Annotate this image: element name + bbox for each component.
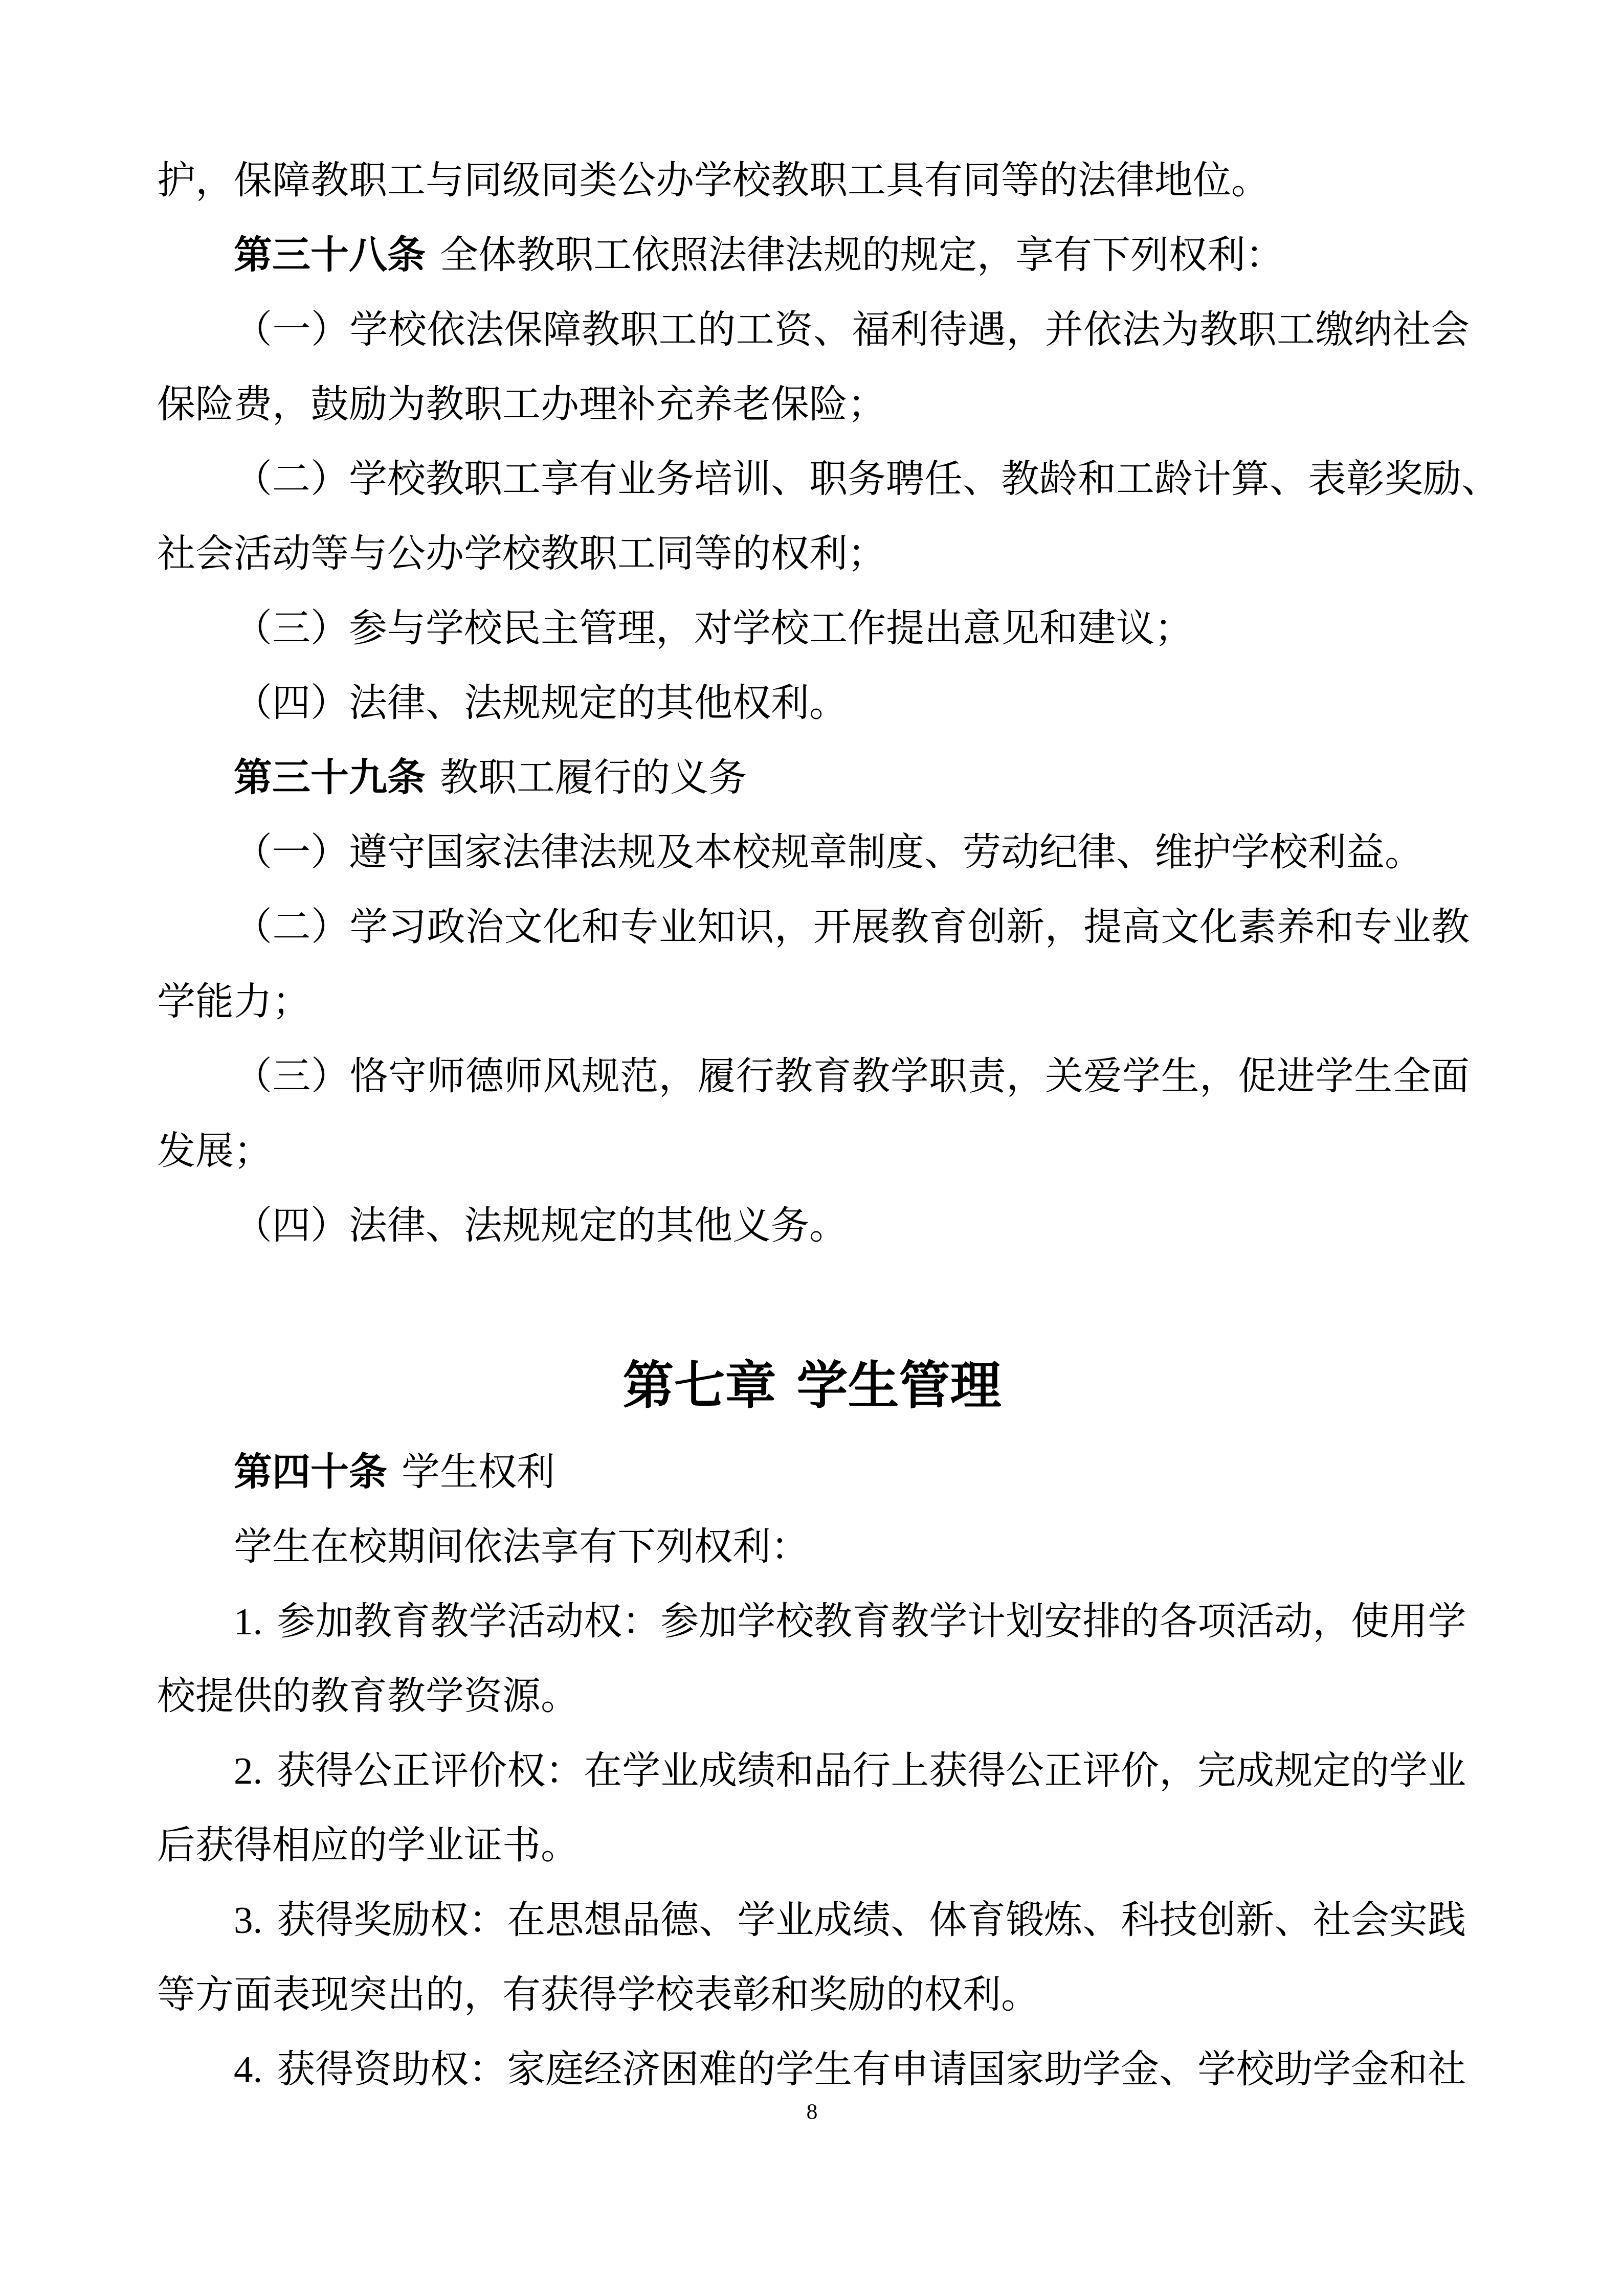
student-right-2-line-1: 2.获得公正评价权：在学业成绩和品行上获得公正评价，完成规定的学业 (157, 1733, 1470, 1808)
article-38-item-1-line-1: （一）学校依法保障教职工的工资、福利待遇，并依法为教职工缴纳社会 (157, 292, 1470, 367)
list-number: 2. (234, 1750, 262, 1792)
student-right-1-line-2: 校提供的教育教学资源。 (157, 1658, 1470, 1733)
article-39-item-2-line-1: （二）学习政治文化和专业知识，开展教育创新，提高文化素养和专业教 (157, 889, 1470, 964)
article-40-heading: 第四十条学生权利 (157, 1434, 1470, 1509)
article-39-heading: 第三十九条教职工履行的义务 (157, 740, 1470, 815)
article-39-item-3-line-2: 发展； (157, 1113, 1470, 1188)
list-number: 1. (234, 1601, 262, 1643)
article-38-item-2-line-1: （二）学校教职工享有业务培训、职务聘任、教龄和工龄计算、表彰奖励、 (157, 441, 1470, 516)
article-39-item-1: （一）遵守国家法律法规及本校规章制度、劳动纪律、维护学校利益。 (157, 815, 1470, 889)
paragraph-continuation: 护，保障教职工与同级同类公办学校教职工具有同等的法律地位。 (157, 143, 1470, 217)
article-40-text: 学生权利 (402, 1449, 555, 1494)
article-40-label: 第四十条 (234, 1449, 387, 1494)
article-38-item-2-line-2: 社会活动等与公办学校教职工同等的权利； (157, 516, 1470, 591)
article-38-item-3: （三）参与学校民主管理，对学校工作提出意见和建议； (157, 591, 1470, 665)
article-39-item-3-line-1: （三）恪守师德师风规范，履行教育教学职责，关爱学生，促进学生全面 (157, 1039, 1470, 1113)
article-38-item-1-line-2: 保险费，鼓励为教职工办理补充养老保险； (157, 367, 1470, 441)
student-right-4-line-1: 4.获得资助权：家庭经济困难的学生有申请国家助学金、学校助学金和社 (157, 2032, 1470, 2106)
article-38-heading: 第三十八条全体教职工依照法律法规的规定，享有下列权利： (157, 217, 1470, 292)
student-right-3-line-2: 等方面表现突出的，有获得学校表彰和奖励的权利。 (157, 1957, 1470, 2032)
chapter-title: 学生管理 (797, 1356, 1002, 1415)
document-page: 护，保障教职工与同级同类公办学校教职工具有同等的法律地位。 第三十八条全体教职工… (0, 0, 1624, 2296)
student-right-1-line-1: 1.参加教育教学活动权：参加学校教育教学计划安排的各项活动，使用学 (157, 1584, 1470, 1658)
article-39-label: 第三十九条 (234, 755, 426, 800)
list-text: 参加教育教学活动权：参加学校教育教学计划安排的各项活动，使用学 (277, 1599, 1466, 1644)
article-39-item-4: （四）法律、法规规定的其他义务。 (157, 1188, 1470, 1263)
list-number: 4. (234, 2049, 262, 2091)
student-right-2-line-2: 后获得相应的学业证书。 (157, 1808, 1470, 1882)
article-40-intro: 学生在校期间依法享有下列权利： (157, 1509, 1470, 1584)
list-text: 获得资助权：家庭经济困难的学生有申请国家助学金、学校助学金和社 (277, 2046, 1466, 2091)
list-text: 获得公正评价权：在学业成绩和品行上获得公正评价，完成规定的学业 (277, 1748, 1466, 1793)
article-39-item-2-line-2: 学能力； (157, 964, 1470, 1039)
student-right-3-line-1: 3.获得奖励权：在思想品德、学业成绩、体育锻炼、科技创新、社会实践 (157, 1882, 1470, 1957)
article-38-item-4: （四）法律、法规规定的其他权利。 (157, 665, 1470, 740)
list-number: 3. (234, 1899, 262, 1942)
chapter-number: 第七章 (623, 1356, 776, 1415)
article-39-text: 教职工履行的义务 (440, 755, 747, 800)
chapter-heading: 第七章学生管理 (0, 1350, 1624, 1422)
article-38-text: 全体教职工依照法律法规的规定，享有下列权利： (440, 232, 1284, 277)
list-text: 获得奖励权：在思想品德、学业成绩、体育锻炼、科技创新、社会实践 (277, 1897, 1466, 1942)
page-number: 8 (0, 2097, 1624, 2127)
article-38-label: 第三十八条 (234, 232, 426, 277)
